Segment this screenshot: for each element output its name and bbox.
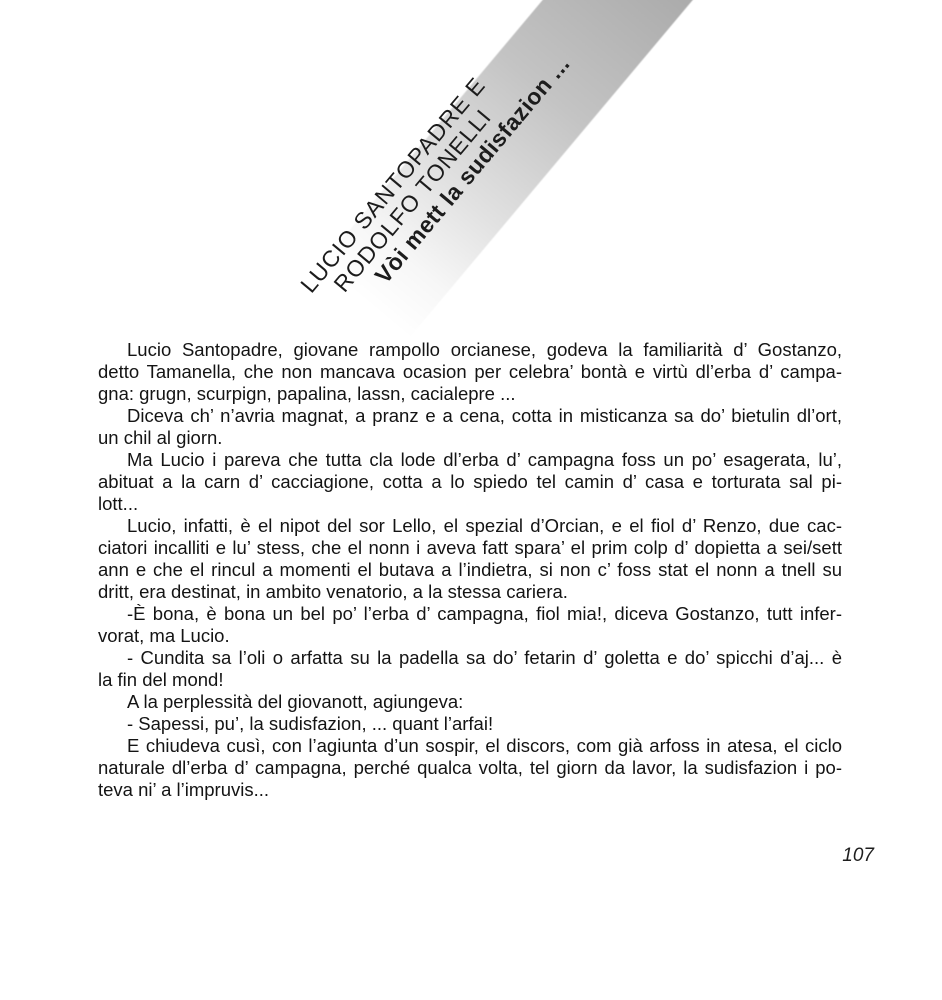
paragraph: Lucio, infatti, è el nipot del sor Lello… bbox=[98, 515, 842, 603]
text-line: dritt, era destinat, in ambito venatorio… bbox=[98, 581, 842, 603]
text-line: -È bona, è bona un bel po’ l’erba d’ cam… bbox=[98, 603, 842, 625]
body-text: Lucio Santopadre, giovane rampollo orcia… bbox=[98, 339, 842, 801]
text-line: E chiudeva cusì, con l’agiunta d’un sosp… bbox=[98, 735, 842, 757]
text-line: naturale dl’erba d’ campagna, perché qua… bbox=[98, 757, 842, 779]
text-line: gna: grugn, scurpign, papalina, lassn, c… bbox=[98, 383, 842, 405]
text-line: vorat, ma Lucio. bbox=[98, 625, 842, 647]
paragraph: Lucio Santopadre, giovane rampollo orcia… bbox=[98, 339, 842, 405]
text-line: Ma Lucio i pareva che tutta cla lode dl’… bbox=[98, 449, 842, 471]
text-line: detto Tamanella, che non mancava ocasion… bbox=[98, 361, 842, 383]
paragraph: A la perplessità del giovanott, agiungev… bbox=[98, 691, 842, 713]
paragraph: - Cundita sa l’oli o arfatta su la padel… bbox=[98, 647, 842, 691]
paragraph: - Sapessi, pu’, la sudisfazion, ... quan… bbox=[98, 713, 842, 735]
paragraph: E chiudeva cusì, con l’agiunta d’un sosp… bbox=[98, 735, 842, 801]
text-line: Diceva ch’ n’avria magnat, a pranz e a c… bbox=[98, 405, 842, 427]
text-line: ciatori incalliti e lu’ stess, che el no… bbox=[98, 537, 842, 559]
paragraph: Diceva ch’ n’avria magnat, a pranz e a c… bbox=[98, 405, 842, 449]
text-line: abituat a la carn d’ cacciagione, cotta … bbox=[98, 471, 842, 493]
text-line: Lucio Santopadre, giovane rampollo orcia… bbox=[98, 339, 842, 361]
text-line: teva ni’ a l’impruvis... bbox=[98, 779, 842, 801]
text-line: ann e che el rincul a momenti el butava … bbox=[98, 559, 842, 581]
page-number: 107 bbox=[800, 845, 874, 867]
text-line: lott... bbox=[98, 493, 842, 515]
paragraph: -È bona, è bona un bel po’ l’erba d’ cam… bbox=[98, 603, 842, 647]
paragraph: Ma Lucio i pareva che tutta cla lode dl’… bbox=[98, 449, 842, 515]
text-line: un chil al giorn. bbox=[98, 427, 842, 449]
book-page: LUCIO SANTOPADRE E RODOLFO TONELLI Vòi m… bbox=[0, 0, 942, 1000]
text-line: Lucio, infatti, è el nipot del sor Lello… bbox=[98, 515, 842, 537]
text-line: - Sapessi, pu’, la sudisfazion, ... quan… bbox=[98, 713, 842, 735]
text-line: A la perplessità del giovanott, agiungev… bbox=[98, 691, 842, 713]
text-line: la fin del mond! bbox=[98, 669, 842, 691]
text-line: - Cundita sa l’oli o arfatta su la padel… bbox=[98, 647, 842, 669]
